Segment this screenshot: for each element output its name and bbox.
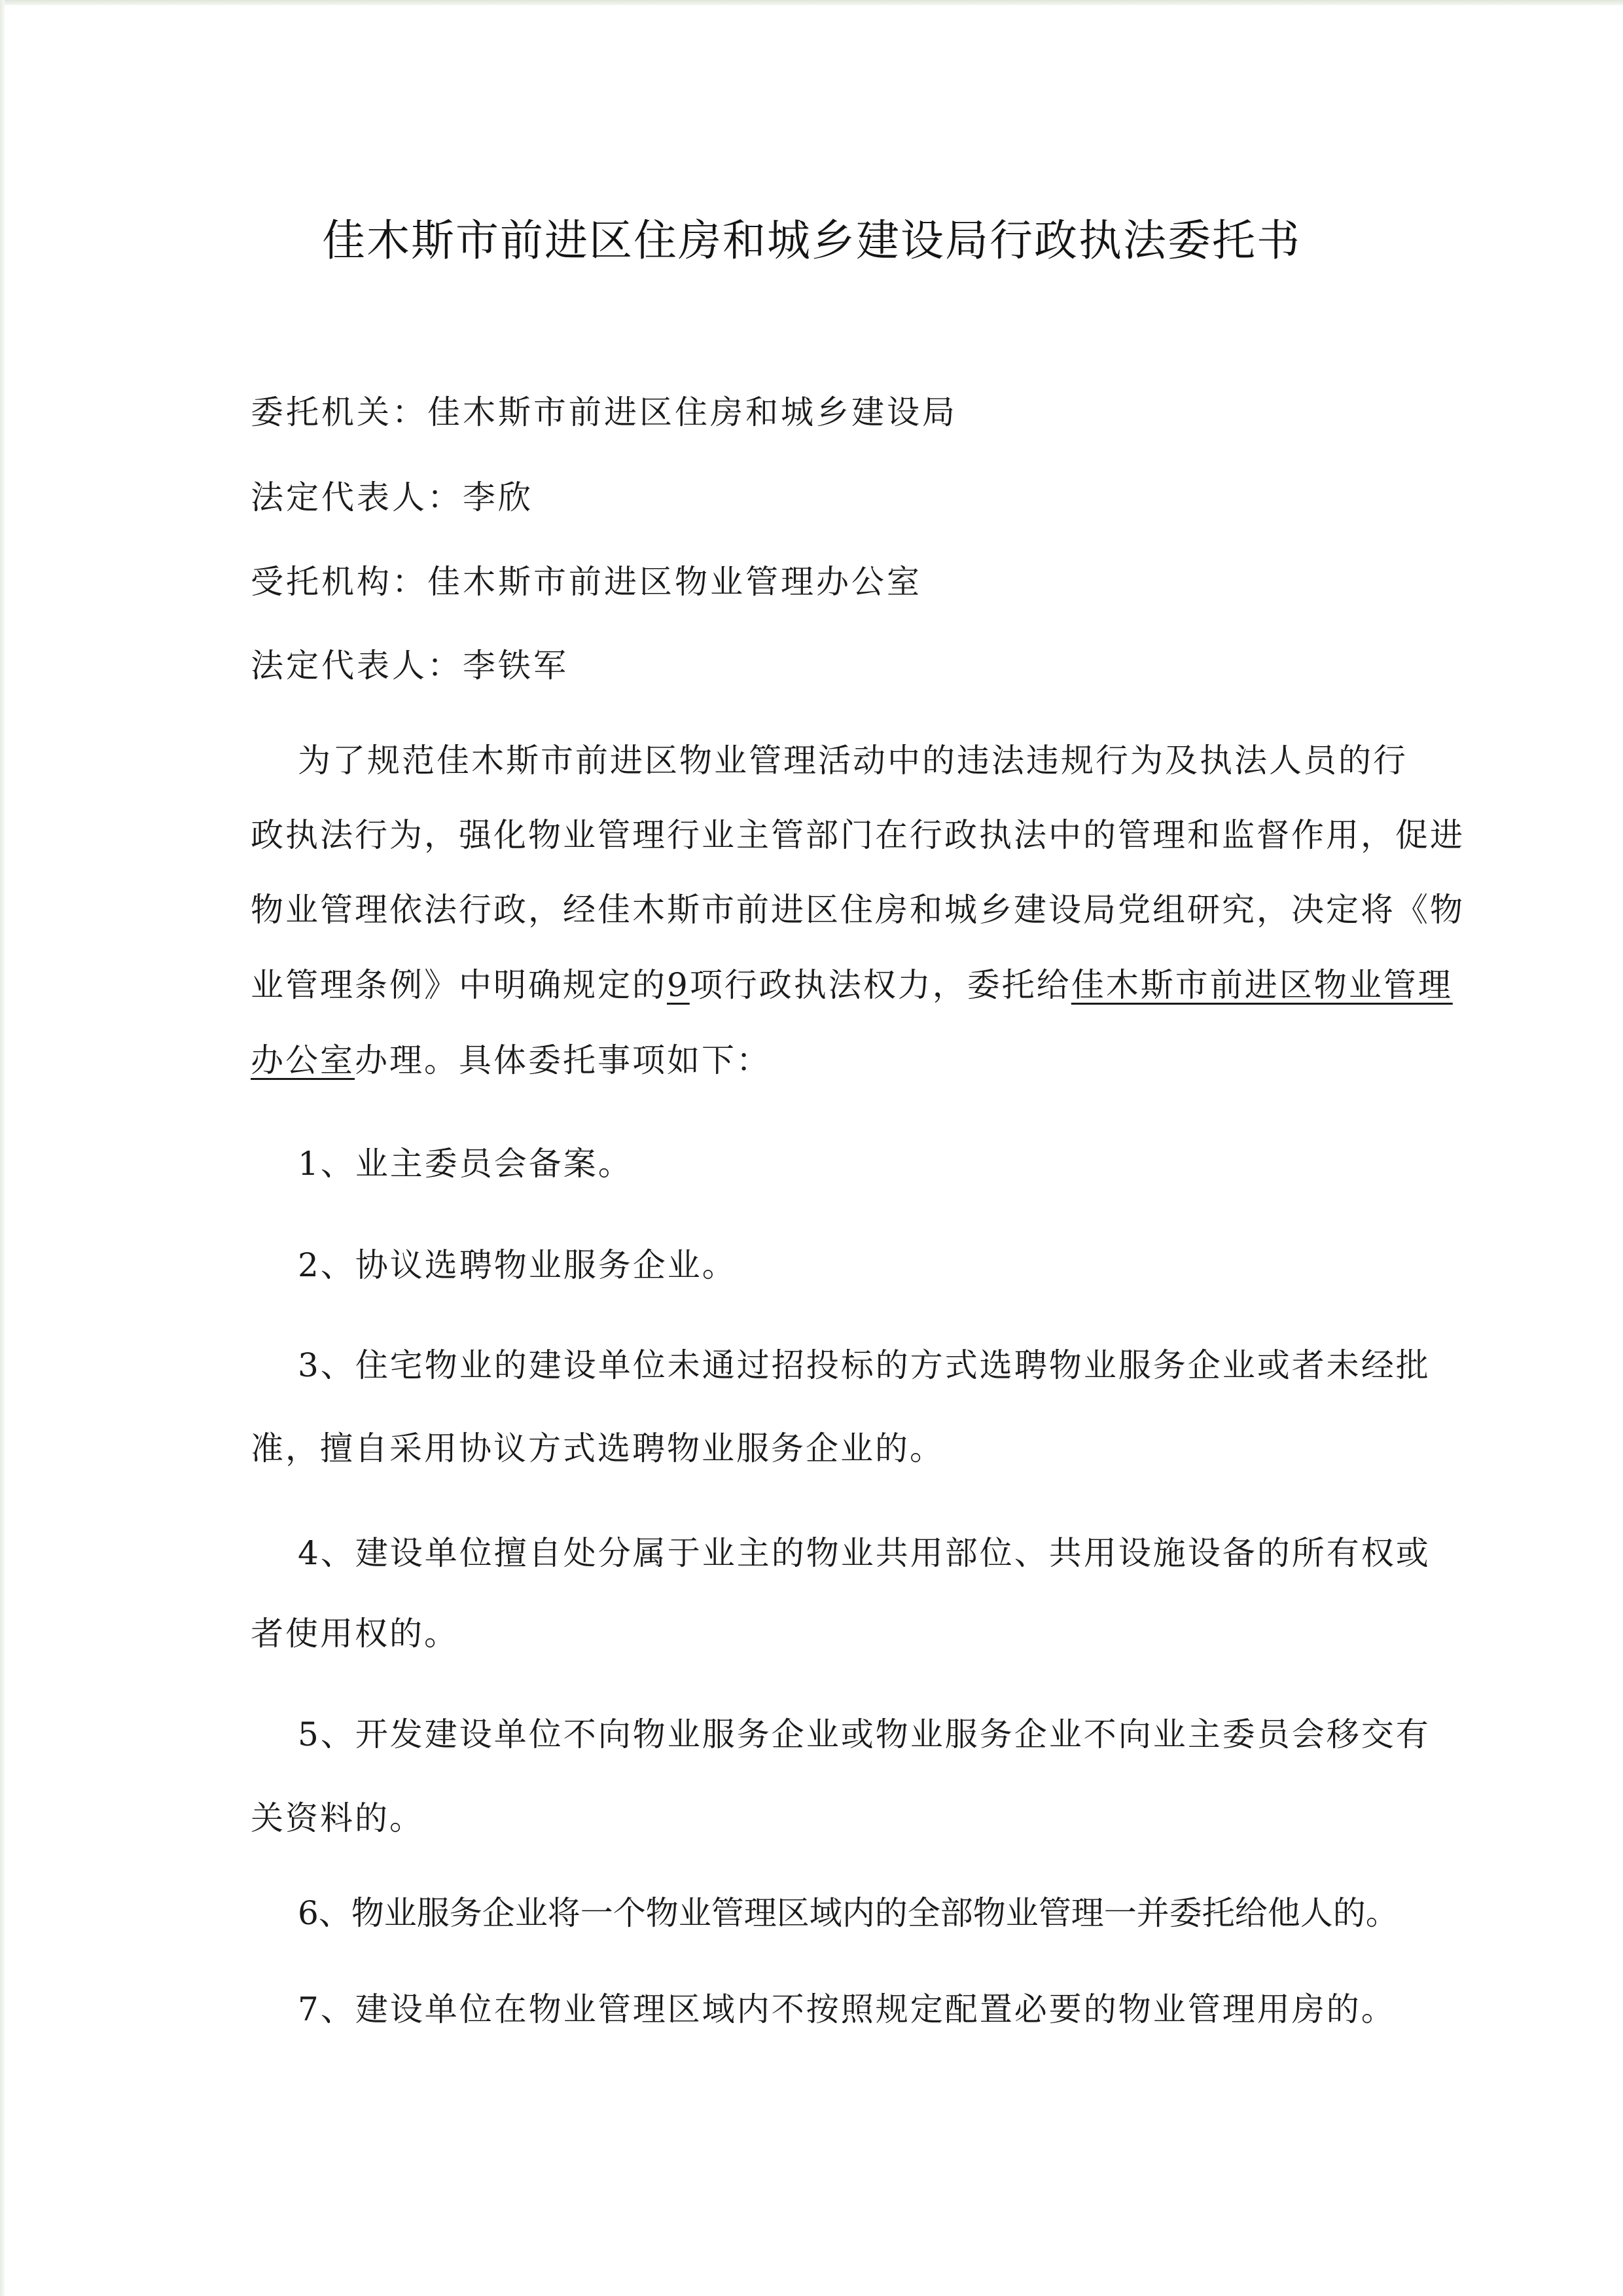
list-item-1: 1、业主委员会备案。	[298, 1138, 633, 1190]
list-item-3-continued: 准，擅自采用协议方式选聘物业服务企业的。	[251, 1422, 944, 1475]
list-item-5: 5、开发建设单位不向物业服务企业或物业服务企业不向业主委员会移交有	[298, 1708, 1380, 1761]
document-title: 佳木斯市前进区住房和城乡建设局行政执法委托书	[0, 208, 1623, 274]
list-item-2: 2、协议选聘物业服务企业。	[298, 1239, 737, 1291]
intro-line-1: 为了规范佳木斯市前进区物业管理活动中的违法违规行为及执法人员的行	[298, 734, 1380, 787]
item-count: 9	[667, 966, 690, 1004]
intro-text: 项行政执法权力，委托给	[690, 966, 1071, 1004]
list-item-7: 7、建设单位在物业管理区域内不按照规定配置必要的物业管理用房的。	[298, 1983, 1396, 2036]
delegate-name-part1: 佳木斯市前进区物业管理	[1071, 966, 1453, 1004]
field-value: 佳木斯市前进区住房和城乡建设局	[427, 393, 957, 431]
field-entrusted-institution: 受托机构：佳木斯市前进区物业管理办公室	[251, 556, 922, 608]
field-value: 李铁军	[463, 647, 569, 685]
field-label: 委托机关：	[251, 393, 427, 431]
field-value: 李欣	[463, 478, 533, 516]
field-label: 法定代表人：	[251, 478, 463, 516]
item-text: 建设单位在物业管理区域内不按照规定配置必要的物业管理用房的。	[355, 1990, 1396, 2028]
item-text: 建设单位擅自处分属于业主的物业共用部位、共用设施设备的所有权或	[355, 1534, 1431, 1572]
item-number: 2、	[298, 1246, 355, 1284]
intro-text: 业管理条例》中明确规定的	[251, 966, 667, 1004]
document-page: 佳木斯市前进区住房和城乡建设局行政执法委托书 委托机关：佳木斯市前进区住房和城乡…	[0, 0, 1623, 2296]
item-text: 开发建设单位不向物业服务企业或物业服务企业不向业主委员会移交有	[355, 1715, 1431, 1753]
list-item-5-continued: 关资料的。	[251, 1792, 424, 1844]
field-entrusting-authority: 委托机关：佳木斯市前进区住房和城乡建设局	[251, 386, 957, 439]
intro-text: 办理。具体委托事项如下：	[355, 1041, 771, 1079]
item-number: 1、	[298, 1145, 355, 1183]
field-label: 法定代表人：	[251, 647, 463, 685]
list-item-4: 4、建设单位擅自处分属于业主的物业共用部位、共用设施设备的所有权或	[298, 1527, 1380, 1579]
item-text: 协议选聘物业服务企业。	[355, 1246, 737, 1284]
intro-line-5: 办公室办理。具体委托事项如下：	[251, 1034, 771, 1086]
item-number: 6、	[298, 1894, 351, 1932]
intro-line-4: 业管理条例》中明确规定的9项行政执法权力，委托给佳木斯市前进区物业管理	[251, 959, 1380, 1011]
list-item-4-continued: 者使用权的。	[251, 1607, 459, 1660]
item-number: 7、	[298, 1990, 355, 2028]
item-text: 业主委员会备案。	[355, 1145, 633, 1183]
intro-line-2: 政执法行为，强化物业管理行业主管部门在行政执法中的管理和监督作用，促进	[251, 809, 1380, 861]
item-text: 物业服务企业将一个物业管理区域内的全部物业管理一并委托给他人的。	[351, 1894, 1399, 1932]
item-number: 4、	[298, 1534, 355, 1572]
list-item-3: 3、住宅物业的建设单位未通过招投标的方式选聘物业服务企业或者未经批	[298, 1339, 1380, 1391]
item-number: 5、	[298, 1715, 355, 1753]
item-number: 3、	[298, 1346, 355, 1384]
field-legal-representative-1: 法定代表人：李欣	[251, 471, 533, 524]
delegate-name-part2: 办公室	[251, 1041, 355, 1079]
list-item-6: 6、物业服务企业将一个物业管理区域内的全部物业管理一并委托给他人的。	[298, 1887, 1399, 1939]
field-legal-representative-2: 法定代表人：李铁军	[251, 639, 569, 692]
item-text: 住宅物业的建设单位未通过招投标的方式选聘物业服务企业或者未经批	[355, 1346, 1431, 1384]
field-value: 佳木斯市前进区物业管理办公室	[427, 563, 922, 601]
field-label: 受托机构：	[251, 563, 427, 601]
intro-line-3: 物业管理依法行政，经佳木斯市前进区住房和城乡建设局党组研究，决定将《物	[251, 884, 1380, 936]
